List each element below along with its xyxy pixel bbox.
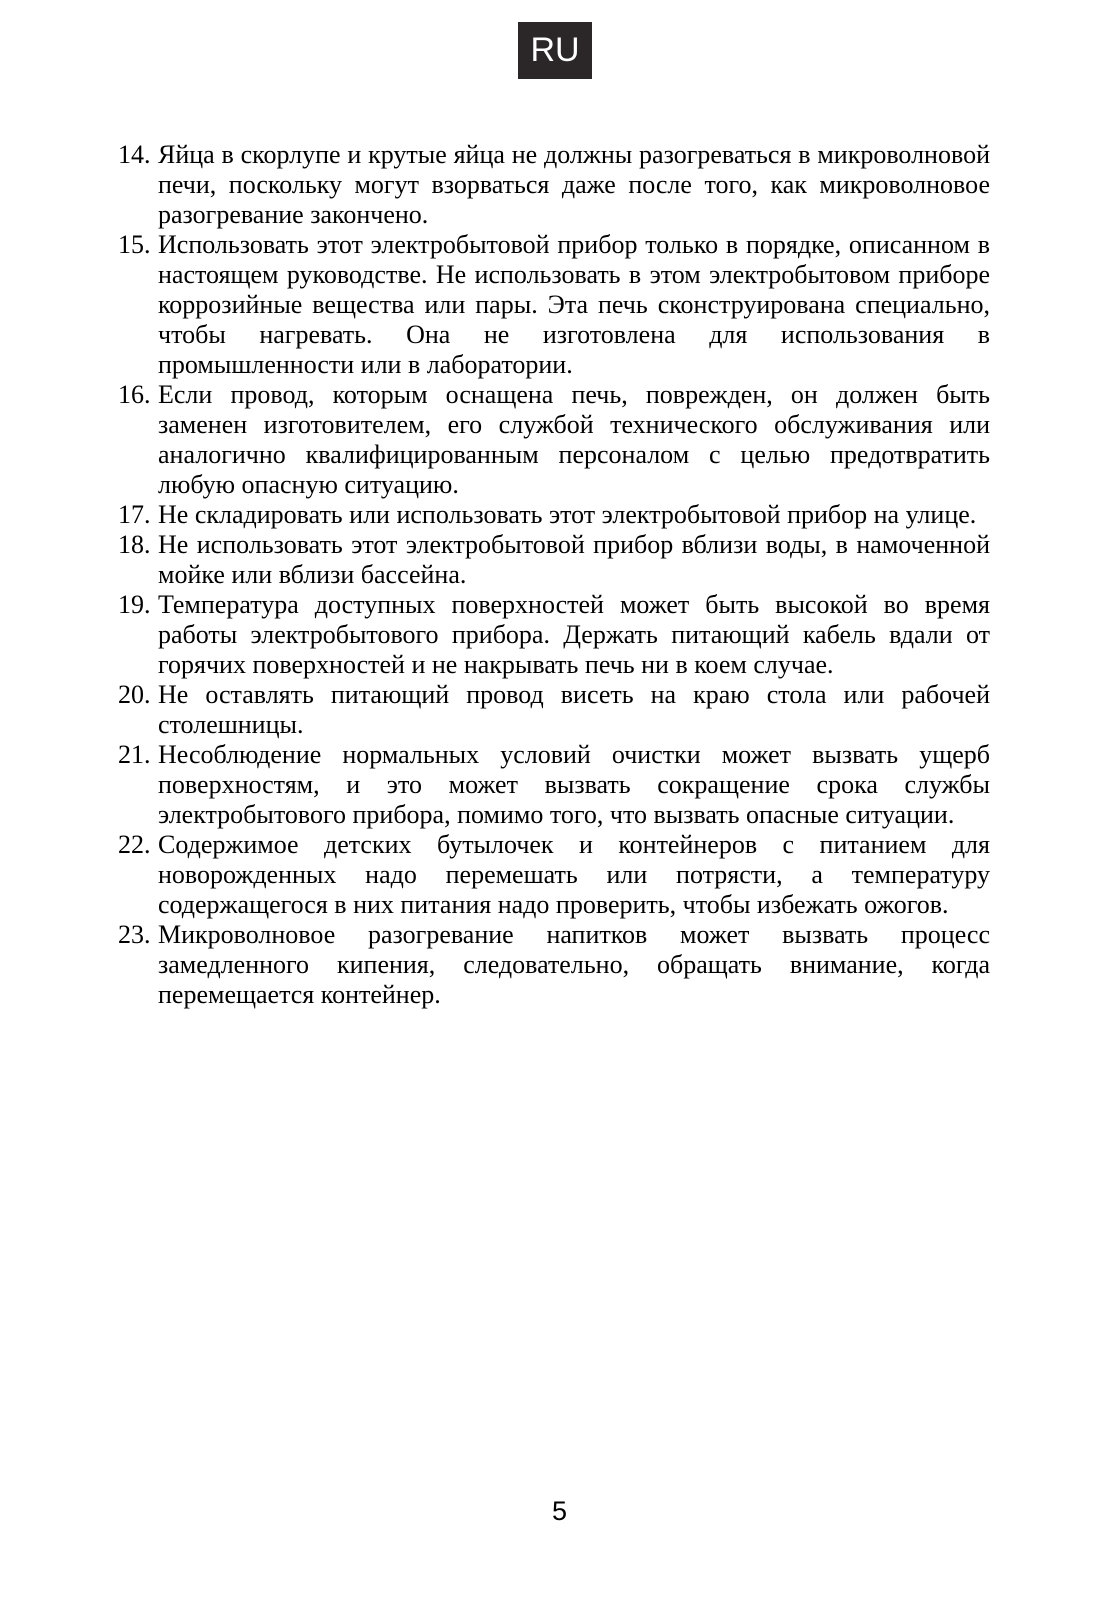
item-text: Если провод, которым оснащена печь, повр…: [158, 380, 990, 500]
list-item: 15. Использовать этот электробытовой при…: [118, 230, 990, 380]
item-number: 15.: [118, 230, 158, 260]
list-item: 22. Содержимое детских бутылочек и конте…: [118, 830, 990, 920]
list-item: 17. Не складировать или использовать это…: [118, 500, 990, 530]
item-number: 21.: [118, 740, 158, 770]
item-text: Температура доступных поверхностей может…: [158, 590, 990, 680]
item-number: 23.: [118, 920, 158, 950]
item-number: 19.: [118, 590, 158, 620]
item-number: 22.: [118, 830, 158, 860]
item-text: Содержимое детских бутылочек и контейнер…: [158, 830, 990, 920]
item-number: 18.: [118, 530, 158, 560]
item-text: Не оставлять питающий провод висеть на к…: [158, 680, 990, 740]
instruction-list: 14. Яйца в скорлупе и крутые яйца не дол…: [118, 140, 990, 1010]
list-item: 18. Не использовать этот электробытовой …: [118, 530, 990, 590]
list-item: 19. Температура доступных поверхностей м…: [118, 590, 990, 680]
language-badge: RU: [518, 22, 592, 79]
list-item: 20. Не оставлять питающий провод висеть …: [118, 680, 990, 740]
item-number: 14.: [118, 140, 158, 170]
document-page: RU 14. Яйца в скорлупе и крутые яйца не …: [0, 0, 1119, 1600]
item-text: Яйца в скорлупе и крутые яйца не должны …: [158, 140, 990, 230]
list-item: 14. Яйца в скорлупе и крутые яйца не дол…: [118, 140, 990, 230]
page-number: 5: [0, 1496, 1119, 1527]
item-number: 17.: [118, 500, 158, 530]
item-number: 16.: [118, 380, 158, 410]
item-text: Не использовать этот электробытовой приб…: [158, 530, 990, 590]
list-item: 23. Микроволновое разогревание напитков …: [118, 920, 990, 1010]
list-item: 16. Если провод, которым оснащена печь, …: [118, 380, 990, 500]
item-number: 20.: [118, 680, 158, 710]
item-text: Несоблюдение нормальных условий очистки …: [158, 740, 990, 830]
list-item: 21. Несоблюдение нормальных условий очис…: [118, 740, 990, 830]
item-text: Микроволновое разогревание напитков може…: [158, 920, 990, 1010]
item-text: Не складировать или использовать этот эл…: [158, 500, 990, 530]
item-text: Использовать этот электробытовой прибор …: [158, 230, 990, 380]
